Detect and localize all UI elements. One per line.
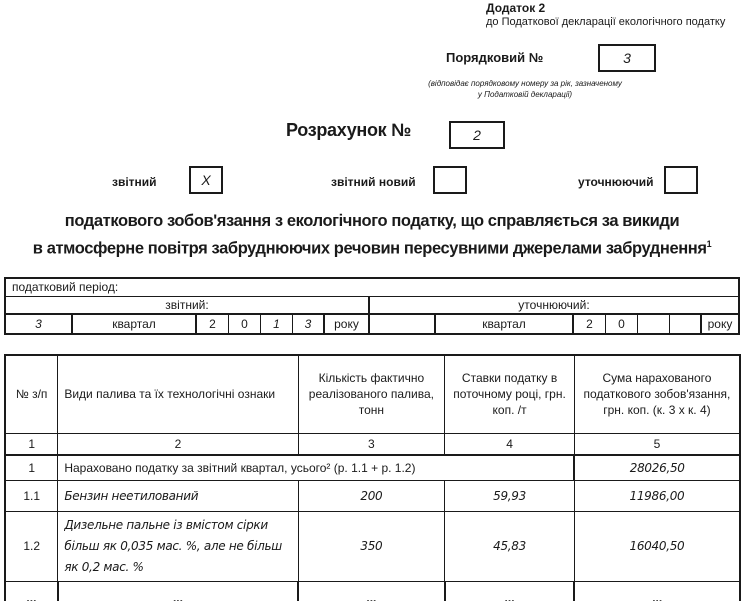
reporting-quarter-field[interactable]: 3 [6,315,73,333]
table-row: 1.2 Дизельне пальне із вмістом сірки біл… [5,511,740,581]
calculation-number-field[interactable]: 2 [449,121,505,149]
calculation-number-label: Розрахунок № [286,120,411,141]
title-footnote: 1 [707,239,712,249]
header-amount: Сума нарахованого податкового зобов'язан… [574,355,740,433]
clarifying-year-word: року [702,315,738,333]
header-rate: Ставки податку в поточному році, грн. ко… [445,355,575,433]
clarifying-label: уточнюючий [578,175,654,189]
header-quantity: Кількість фактично реалізованого палива,… [298,355,445,433]
total-row-number: 1 [5,455,58,480]
ellipsis-cell: ... [298,581,445,601]
reporting-year-digit-2[interactable]: 0 [229,315,261,333]
column-number: 5 [574,433,740,455]
reporting-label: звітний [112,175,157,189]
reporting-new-label: звітний новий [331,175,416,189]
reporting-period-title: звітний: [6,296,368,315]
clarifying-quarter-word: квартал [436,315,574,333]
title-line2-text: в атмосферне повітря забруднюючих речови… [33,240,707,258]
ordinal-number-label: Порядковий № [446,50,543,65]
tax-period-table: податковий період: звітний: 3 квартал 2 … [4,277,740,335]
clarifying-checkbox[interactable] [664,166,698,194]
clarifying-year-digit-1[interactable]: 2 [574,315,606,333]
table-row: 1.1 Бензин неетилований 200 59,93 11986,… [5,480,740,511]
row-quantity[interactable]: 350 [298,511,445,581]
ellipsis-row: ... ... ... ... ... [5,581,740,601]
row-amount[interactable]: 16040,50 [574,511,740,581]
row-number: 1.2 [5,511,58,581]
reporting-checkbox[interactable]: X [189,166,223,194]
reporting-year-word: року [325,315,368,333]
column-number: 4 [445,433,575,455]
column-numbers-row: 1 2 3 4 5 [5,433,740,455]
total-row-label: Нараховано податку за звітний квартал, у… [58,455,575,480]
reporting-year-digit-3[interactable]: 1 [261,315,293,333]
header-fuel-type: Види палива та їх технологічні ознаки [58,355,298,433]
table-header-row: № з/п Види палива та їх технологічні озн… [5,355,740,433]
annex-title: Додаток 2 [486,1,545,15]
document-title-line1: податкового зобов'язання з екологічного … [0,209,744,233]
ordinal-note-line2: у Податковій декларації) [400,89,650,100]
clarifying-period-block: уточнюючий: квартал 2 0 року [368,296,740,335]
tax-period-label: податковий період: [4,277,740,297]
reporting-period-block: звітний: 3 квартал 2 0 1 3 року [4,296,370,335]
reporting-quarter-word: квартал [73,315,197,333]
row-fuel-type[interactable]: Бензин неетилований [58,480,298,511]
row-fuel-type[interactable]: Дизельне пальне із вмістом сірки більш я… [58,511,298,581]
clarifying-quarter-field[interactable] [370,315,436,333]
total-row: 1 Нараховано податку за звітний квартал,… [5,455,740,480]
row-rate[interactable]: 59,93 [445,480,575,511]
tax-calculation-table: № з/п Види палива та їх технологічні озн… [4,354,741,601]
ellipsis-cell: ... [574,581,740,601]
row-amount[interactable]: 11986,00 [574,480,740,511]
reporting-year-digit-1[interactable]: 2 [197,315,229,333]
clarifying-year-digit-3[interactable] [638,315,670,333]
ellipsis-cell: ... [58,581,298,601]
ordinal-number-note: (відповідає порядковому номеру за рік, з… [400,78,650,100]
row-number: 1.1 [5,480,58,511]
clarifying-period-title: уточнюючий: [370,296,738,315]
ellipsis-cell: ... [5,581,58,601]
ordinal-number-field[interactable]: 3 [598,44,656,72]
column-number: 1 [5,433,58,455]
ordinal-note-line1: (відповідає порядковому номеру за рік, з… [400,78,650,89]
ellipsis-cell: ... [445,581,575,601]
row-quantity[interactable]: 200 [298,480,445,511]
reporting-year-digit-4[interactable]: 3 [293,315,325,333]
row-rate[interactable]: 45,83 [445,511,575,581]
header-number: № з/п [5,355,58,433]
annex-subtitle: до Податкової декларації екологічного по… [486,16,725,28]
reporting-new-checkbox[interactable] [433,166,467,194]
clarifying-year-digit-2[interactable]: 0 [606,315,638,333]
document-title-line2: в атмосферне повітря забруднюючих речови… [0,232,744,261]
column-number: 2 [58,433,298,455]
column-number: 3 [298,433,445,455]
clarifying-year-digit-4[interactable] [670,315,702,333]
total-row-amount[interactable]: 28026,50 [574,455,740,480]
